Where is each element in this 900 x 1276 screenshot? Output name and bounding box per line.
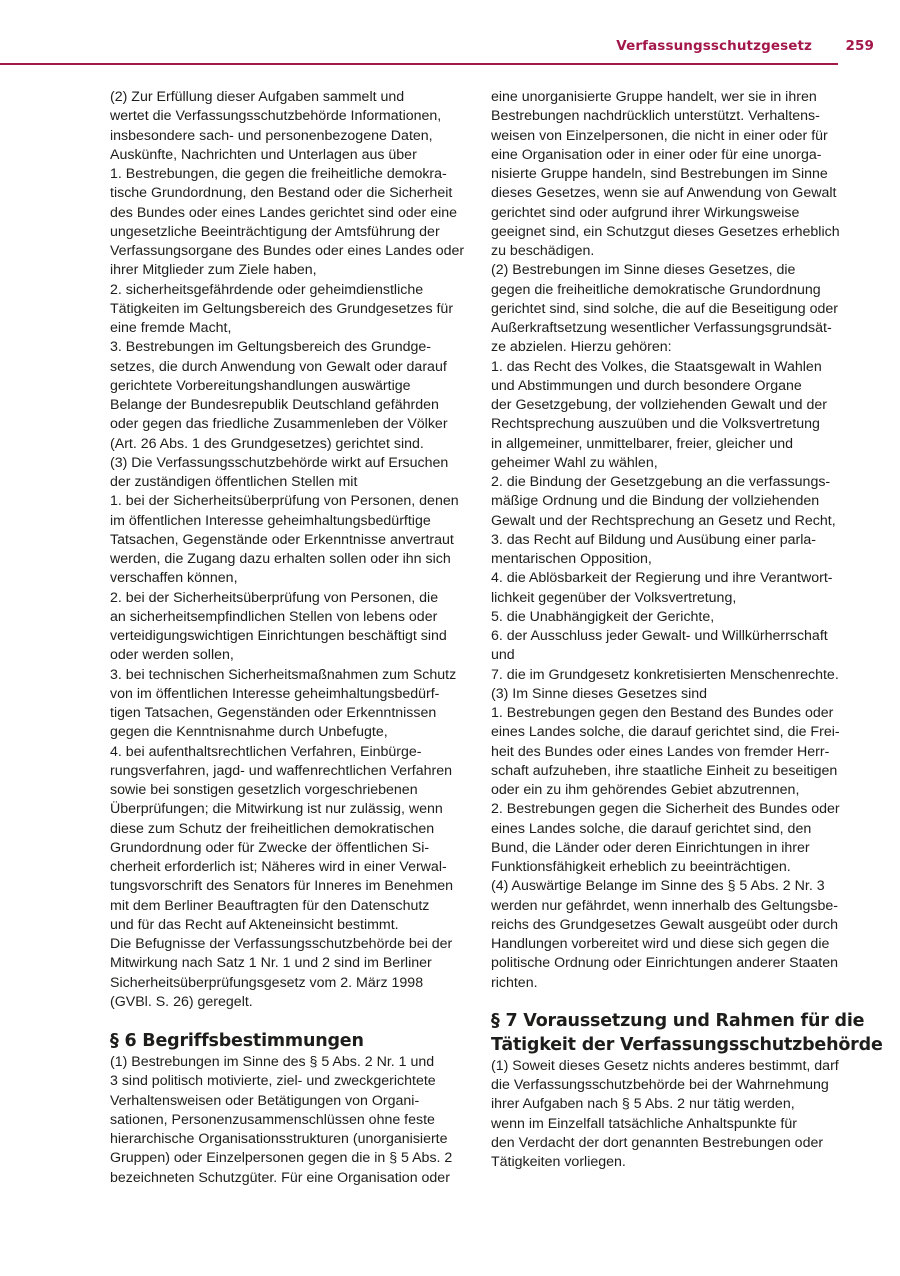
section6-body: (1) Bestrebungen im Sinne des § 5 Abs. 2… bbox=[110, 1053, 460, 1188]
text-line: Tatsachen, Gegenstände oder Erkenntnisse… bbox=[110, 531, 460, 550]
text-line: ihrer Mitglieder zum Ziele haben, bbox=[110, 261, 460, 280]
text-line: ihrer Aufgaben nach § 5 Abs. 2 nur tätig… bbox=[491, 1095, 843, 1114]
text-line: ungesetzliche Beeinträchtigung der Amtsf… bbox=[110, 223, 460, 242]
text-line: Tätigkeiten vorliegen. bbox=[491, 1153, 843, 1172]
text-line: 1. das Recht des Volkes, die Staatsgewal… bbox=[491, 358, 843, 377]
text-line: oder gegen das friedliche Zusammenleben … bbox=[110, 415, 460, 434]
text-line: Überprüfungen; die Mitwirkung ist nur zu… bbox=[110, 800, 460, 819]
text-line: schaft aufzuheben, ihre staatliche Einhe… bbox=[491, 762, 843, 781]
text-line: eine unorganisierte Gruppe handelt, wer … bbox=[491, 88, 843, 107]
text-line: im öffentlichen Interesse geheimhaltungs… bbox=[110, 512, 460, 531]
section7-heading: § 7 Voraussetzung und Rahmen für die Tät… bbox=[491, 1009, 843, 1057]
text-line: oder werden sollen, bbox=[110, 646, 460, 665]
text-line: 3 sind politisch motivierte, ziel- und z… bbox=[110, 1072, 460, 1091]
text-line: mäßige Ordnung und die Bindung der vollz… bbox=[491, 492, 843, 511]
text-line: 5. die Unabhängigkeit der Gerichte, bbox=[491, 608, 843, 627]
text-line: Mitwirkung nach Satz 1 Nr. 1 und 2 sind … bbox=[110, 954, 460, 973]
text-line: (2) Zur Erfüllung dieser Aufgaben sammel… bbox=[110, 88, 460, 107]
text-line: Verhaltensweisen oder Betätigungen von O… bbox=[110, 1092, 460, 1111]
text-line: Außerkraftsetzung wesentlicher Verfassun… bbox=[491, 319, 843, 338]
text-line: 1. bei der Sicherheitsüberprüfung von Pe… bbox=[110, 492, 460, 511]
text-line: heit des Bundes oder eines Landes von fr… bbox=[491, 743, 843, 762]
text-line: Bund, die Länder oder deren Einrichtunge… bbox=[491, 839, 843, 858]
text-line: eine Organisation oder in einer oder für… bbox=[491, 146, 843, 165]
text-line: der zuständigen öffentlichen Stellen mit bbox=[110, 473, 460, 492]
text-line: (1) Bestrebungen im Sinne des § 5 Abs. 2… bbox=[110, 1053, 460, 1072]
text-line: 4. bei aufenthaltsrechtlichen Verfahren,… bbox=[110, 743, 460, 762]
section5-continuation: (2) Zur Erfüllung dieser Aufgaben sammel… bbox=[110, 88, 460, 1012]
text-line: tigen Tatsachen, Gegenständen oder Erken… bbox=[110, 704, 460, 723]
section7-heading-line: § 7 Voraussetzung und Rahmen für die bbox=[491, 1009, 843, 1033]
text-line: Verfassungsorgane des Bundes oder eines … bbox=[110, 242, 460, 261]
text-line: geheimer Wahl zu wählen, bbox=[491, 454, 843, 473]
text-line: Bestrebungen nachdrücklich unterstützt. … bbox=[491, 107, 843, 126]
text-line: Belange der Bundesrepublik Deutschland g… bbox=[110, 396, 460, 415]
text-line: nisierte Gruppe handeln, sind Bestrebung… bbox=[491, 165, 843, 184]
text-line: richten. bbox=[491, 974, 843, 993]
text-line: Gewalt und der Rechtsprechung an Gesetz … bbox=[491, 512, 843, 531]
text-line: 2. die Bindung der Gesetzgebung an die v… bbox=[491, 473, 843, 492]
text-line: (2) Bestrebungen im Sinne dieses Gesetze… bbox=[491, 261, 843, 280]
text-line: Tätigkeiten im Geltungsbereich des Grund… bbox=[110, 300, 460, 319]
text-line: an sicherheitsempfindlichen Stellen von … bbox=[110, 608, 460, 627]
text-line: die Verfassungsschutzbehörde bei der Wah… bbox=[491, 1076, 843, 1095]
text-line: ze abzielen. Hierzu gehören: bbox=[491, 338, 843, 357]
text-line: dieses Gesetzes, wenn sie auf Anwendung … bbox=[491, 184, 843, 203]
text-line: reichs des Grundgesetzes Gewalt ausgeübt… bbox=[491, 916, 843, 935]
text-line: (3) Die Verfassungsschutzbehörde wirkt a… bbox=[110, 454, 460, 473]
text-line: gerichtete Vorbereitungshandlungen auswä… bbox=[110, 377, 460, 396]
text-line: 6. der Ausschluss jeder Gewalt- und Will… bbox=[491, 627, 843, 646]
text-line: eine fremde Macht, bbox=[110, 319, 460, 338]
text-line: gerichtet sind oder aufgrund ihrer Wirku… bbox=[491, 204, 843, 223]
text-line: cherheit erforderlich ist; Näheres wird … bbox=[110, 858, 460, 877]
text-line: hierarchische Organisationsstrukturen (u… bbox=[110, 1130, 460, 1149]
text-line: 3. das Recht auf Bildung und Ausübung ei… bbox=[491, 531, 843, 550]
text-line: diese zum Schutz der freiheitlichen demo… bbox=[110, 820, 460, 839]
text-line: (1) Soweit dieses Gesetz nichts anderes … bbox=[491, 1057, 843, 1076]
text-line: und für das Recht auf Akteneinsicht best… bbox=[110, 916, 460, 935]
text-line: insbesondere sach- und personenbezogene … bbox=[110, 127, 460, 146]
text-line: 4. die Ablösbarkeit der Regierung und ih… bbox=[491, 569, 843, 588]
text-line: wertet die Verfassungsschutzbehörde Info… bbox=[110, 107, 460, 126]
left-column: (2) Zur Erfüllung dieser Aufgaben sammel… bbox=[110, 88, 460, 1188]
page-number: 259 bbox=[846, 38, 874, 54]
section6-heading: § 6 Begriffsbestimmungen bbox=[110, 1029, 460, 1053]
section7-body: (1) Soweit dieses Gesetz nichts anderes … bbox=[491, 1057, 843, 1173]
text-line: lichkeit gegenüber der Volksvertretung, bbox=[491, 589, 843, 608]
text-line: gegen die Kenntnisnahme durch Unbefugte, bbox=[110, 723, 460, 742]
spacer bbox=[491, 993, 843, 1009]
right-column: eine unorganisierte Gruppe handelt, wer … bbox=[491, 88, 843, 1172]
text-line: 2. bei der Sicherheitsüberprüfung von Pe… bbox=[110, 589, 460, 608]
text-line: Rechtsprechung auszuüben und die Volksve… bbox=[491, 415, 843, 434]
text-line: (4) Auswärtige Belange im Sinne des § 5 … bbox=[491, 877, 843, 896]
section6-continuation: eine unorganisierte Gruppe handelt, wer … bbox=[491, 88, 843, 993]
text-line: verteidigungswichtigen Einrichtungen bes… bbox=[110, 627, 460, 646]
text-line: 2. sicherheitsgefährdende oder geheimdie… bbox=[110, 281, 460, 300]
text-line: werden nur gefährdet, wenn innerhalb des… bbox=[491, 897, 843, 916]
text-line: Grundordnung oder für Zwecke der öffentl… bbox=[110, 839, 460, 858]
text-line: 2. Bestrebungen gegen die Sicherheit des… bbox=[491, 800, 843, 819]
text-line: politische Ordnung oder Einrichtungen an… bbox=[491, 954, 843, 973]
text-line: der Gesetzgebung, der vollziehenden Gewa… bbox=[491, 396, 843, 415]
text-line: setzes, die durch Anwendung von Gewalt o… bbox=[110, 358, 460, 377]
section7-heading-line: Tätigkeit der Verfassungsschutzbehörde bbox=[491, 1033, 843, 1057]
text-line: tungsvorschrift des Senators für Inneres… bbox=[110, 877, 460, 896]
text-line: 7. die im Grundgesetz konkretisierten Me… bbox=[491, 666, 843, 685]
text-line: Handlungen vorbereitet wird und diese si… bbox=[491, 935, 843, 954]
text-line: mentarischen Opposition, bbox=[491, 550, 843, 569]
text-line: und bbox=[491, 646, 843, 665]
text-line: Sicherheitsüberprüfungsgesetz vom 2. Mär… bbox=[110, 974, 460, 993]
text-line: oder ein zu ihm gehörendes Gebiet abzutr… bbox=[491, 781, 843, 800]
text-line: in allgemeiner, unmittelbarer, freier, g… bbox=[491, 435, 843, 454]
text-line: 1. Bestrebungen gegen den Bestand des Bu… bbox=[491, 704, 843, 723]
text-line: Gruppen) oder Einzelpersonen gegen die i… bbox=[110, 1149, 460, 1168]
text-line: des Bundes oder eines Landes gerichtet s… bbox=[110, 204, 460, 223]
text-line: tische Grundordnung, den Bestand oder di… bbox=[110, 184, 460, 203]
text-line: 3. Bestrebungen im Geltungsbereich des G… bbox=[110, 338, 460, 357]
text-line: Funktionsfähigkeit erheblich zu beeinträ… bbox=[491, 858, 843, 877]
text-line: gegen die freiheitliche demokratische Gr… bbox=[491, 281, 843, 300]
header-rule bbox=[0, 63, 838, 65]
text-line: rungsverfahren, jagd- und waffenrechtlic… bbox=[110, 762, 460, 781]
text-line: verschaffen können, bbox=[110, 569, 460, 588]
text-line: eines Landes solche, die darauf gerichte… bbox=[491, 820, 843, 839]
text-line: sowie bei sonstigen gesetzlich vorgeschr… bbox=[110, 781, 460, 800]
text-line: gerichtet sind, sind solche, die auf die… bbox=[491, 300, 843, 319]
text-line: werden, die Zugang dazu erhalten sollen … bbox=[110, 550, 460, 569]
text-line: 3. bei technischen Sicherheitsmaßnahmen … bbox=[110, 666, 460, 685]
spacer bbox=[110, 1012, 460, 1029]
text-line: eines Landes solche, die darauf gerichte… bbox=[491, 723, 843, 742]
text-line: und Abstimmungen und durch besondere Org… bbox=[491, 377, 843, 396]
text-line: Die Befugnisse der Verfassungsschutzbehö… bbox=[110, 935, 460, 954]
text-line: 1. Bestrebungen, die gegen die freiheitl… bbox=[110, 165, 460, 184]
text-line: weisen von Einzelpersonen, die nicht in … bbox=[491, 127, 843, 146]
running-title: Verfassungsschutzgesetz bbox=[616, 38, 812, 54]
text-line: wenn im Einzelfall tatsächliche Anhaltsp… bbox=[491, 1115, 843, 1134]
text-line: (GVBl. S. 26) geregelt. bbox=[110, 993, 460, 1012]
text-line: (3) Im Sinne dieses Gesetzes sind bbox=[491, 685, 843, 704]
text-line: Auskünfte, Nachrichten und Unterlagen au… bbox=[110, 146, 460, 165]
text-line: sationen, Personenzusammenschlüssen ohne… bbox=[110, 1111, 460, 1130]
text-line: den Verdacht der dort genannten Bestrebu… bbox=[491, 1134, 843, 1153]
text-line: geeignet sind, ein Schutzgut dieses Gese… bbox=[491, 223, 843, 242]
text-line: (Art. 26 Abs. 1 des Grundgesetzes) geric… bbox=[110, 435, 460, 454]
text-line: zu beschädigen. bbox=[491, 242, 843, 261]
text-line: von im öffentlichen Interesse geheimhalt… bbox=[110, 685, 460, 704]
text-line: bezeichneten Schutzgüter. Für eine Organ… bbox=[110, 1169, 460, 1188]
text-line: mit dem Berliner Beauftragten für den Da… bbox=[110, 897, 460, 916]
